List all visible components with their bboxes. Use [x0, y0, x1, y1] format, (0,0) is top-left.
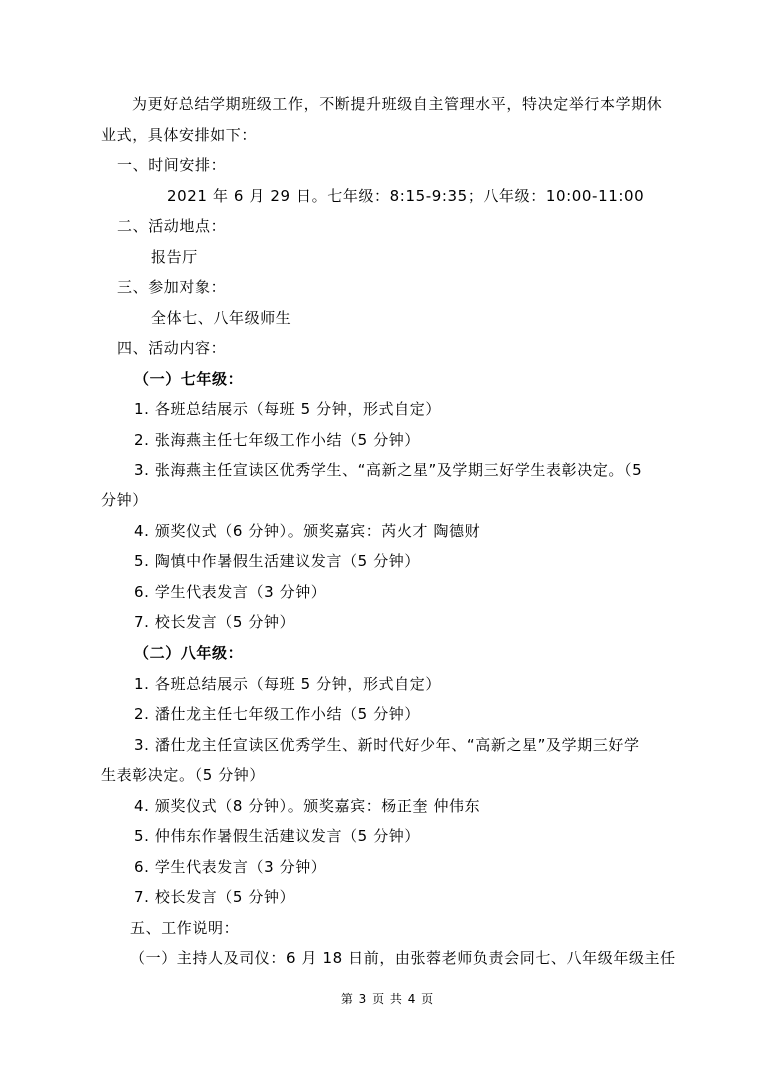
grade8-item-2: 2. 潘仕龙主任七年级工作小结（5 分钟）: [134, 703, 734, 725]
grade8-item-3-continued: 生表彰决定。（5 分钟）: [101, 764, 701, 786]
grade7-item-1: 1. 各班总结展示（每班 5 分钟，形式自定）: [134, 398, 734, 420]
participants-text: 全体七、八年级师生: [151, 307, 751, 329]
document-page: 为更好总结学期班级工作，不断提升班级自主管理水平，特决定举行本学期休 业式，具体…: [0, 0, 775, 1075]
intro-paragraph-line-2: 业式，具体安排如下：: [101, 124, 701, 146]
grade7-item-7: 7. 校长发言（5 分钟）: [134, 611, 734, 633]
grade8-item-6: 6. 学生代表发言（3 分钟）: [134, 856, 734, 878]
subheading-grade7: （一）七年级：: [134, 368, 734, 390]
grade8-item-4: 4. 颁奖仪式（8 分钟）。颁奖嘉宾：杨正奎 仲伟东: [134, 795, 734, 817]
grade8-item-5: 5. 仲伟东作暑假生活建议发言（5 分钟）: [134, 825, 734, 847]
section-heading-location: 二、活动地点：: [117, 215, 717, 237]
section-heading-activity-content: 四、活动内容：: [117, 337, 717, 359]
grade7-item-5: 5. 陶慎中作暑假生活建议发言（5 分钟）: [134, 550, 734, 572]
section-heading-work-notes: 五、工作说明：: [130, 917, 730, 939]
time-schedule-text: 2021 年 6 月 29 日。七年级：8:15-9:35；八年级：10:00-…: [167, 185, 767, 207]
page-number-footer: 第 3 页 共 4 页: [0, 990, 775, 1008]
subheading-grade8: （二）八年级：: [134, 642, 734, 664]
grade7-item-6: 6. 学生代表发言（3 分钟）: [134, 581, 734, 603]
section-heading-participants: 三、参加对象：: [117, 276, 717, 298]
grade8-item-1: 1. 各班总结展示（每班 5 分钟，形式自定）: [134, 673, 734, 695]
grade7-item-2: 2. 张海燕主任七年级工作小结（5 分钟）: [134, 429, 734, 451]
location-text: 报告厅: [151, 246, 751, 268]
work-notes-item-1: （一）主持人及司仪：6 月 18 日前，由张蓉老师负责会同七、八年级年级主任: [130, 947, 730, 969]
section-heading-time: 一、时间安排：: [117, 154, 717, 176]
grade7-item-4: 4. 颁奖仪式（6 分钟）。颁奖嘉宾：芮火才 陶德财: [134, 520, 734, 542]
grade8-item-7: 7. 校长发言（5 分钟）: [134, 886, 734, 908]
grade7-item-3-continued: 分钟）: [101, 489, 701, 511]
intro-paragraph-line-1: 为更好总结学期班级工作，不断提升班级自主管理水平，特决定举行本学期休: [132, 93, 732, 115]
grade8-item-3: 3. 潘仕龙主任宣读区优秀学生、新时代好少年、“高新之星”及学期三好学: [134, 734, 734, 756]
grade7-item-3: 3. 张海燕主任宣读区优秀学生、“高新之星”及学期三好学生表彰决定。（5: [134, 459, 734, 481]
